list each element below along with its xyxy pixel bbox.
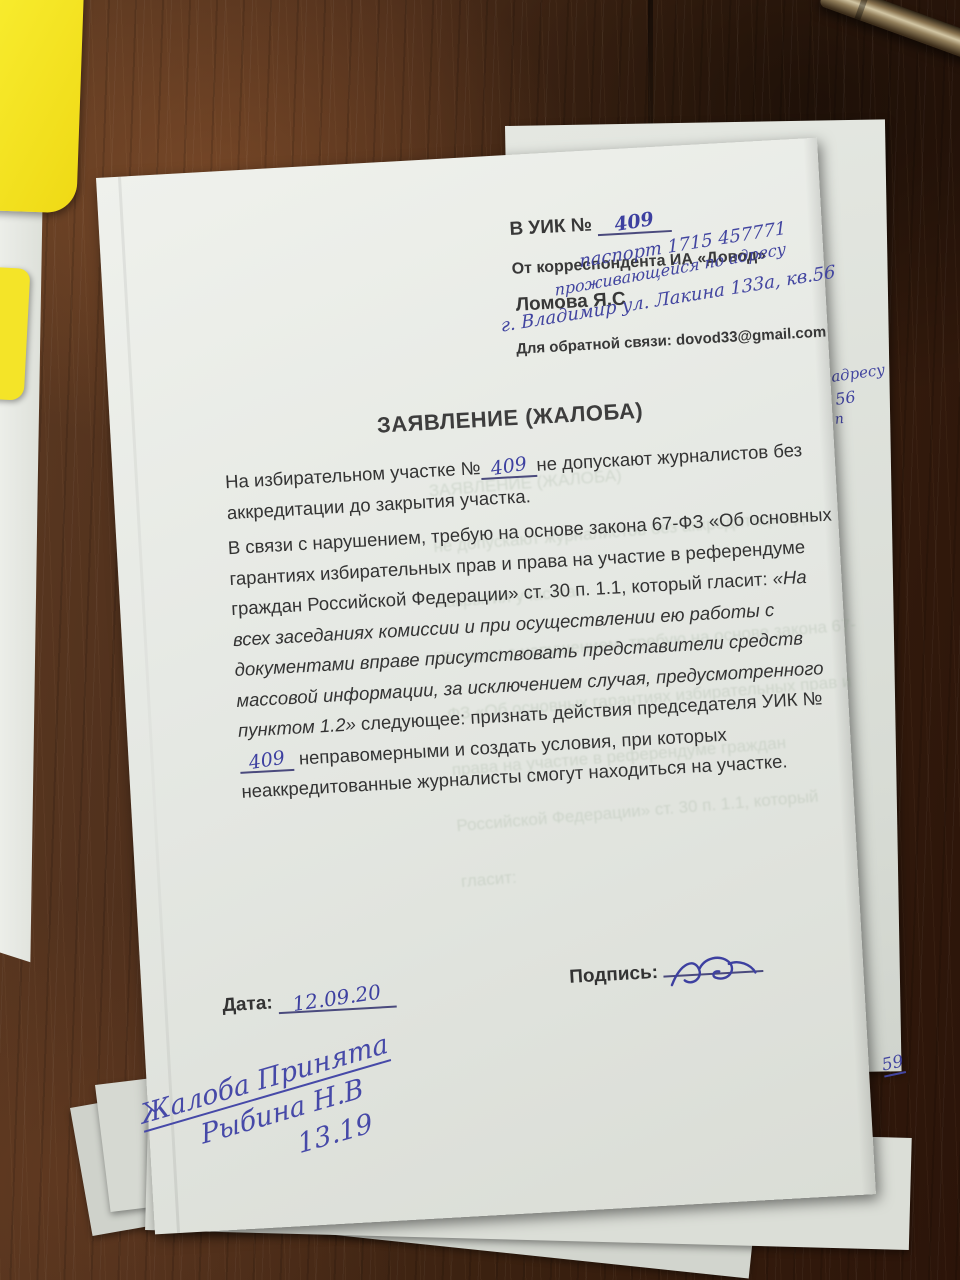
addressee-label: В УИК № xyxy=(509,214,593,240)
uik-number-blank: 409 xyxy=(480,456,537,480)
paragraph-2: В связи с нарушением, требую на основе з… xyxy=(227,499,853,807)
date-blank: 12.09.20 xyxy=(277,985,396,1015)
date-line: Дата: 12.09.20 xyxy=(222,985,397,1018)
date-label: Дата: xyxy=(222,992,273,1016)
uik-number-blank: 409 xyxy=(239,749,294,773)
yellow-folder xyxy=(0,0,84,213)
complaint-document: ЗАЯВЛЕНИЕ (ЖАЛОБА) не допускают журналис… xyxy=(96,138,876,1235)
uik-number-handwritten: 409 xyxy=(247,748,286,773)
under-sheet-handwriting-fragment: п xyxy=(834,411,845,428)
signature-ink xyxy=(666,950,760,995)
signature-blank xyxy=(663,970,763,978)
uik-number-handwritten: 409 xyxy=(489,455,528,480)
photo-scene: 771 6 адресу 56 п 59 ЗАЯВЛЕНИЕ (ЖАЛОБА) … xyxy=(0,0,960,1280)
signature-label: Подпись: xyxy=(569,962,659,988)
date-handwritten: 12.09.20 xyxy=(291,982,382,1014)
under-sheet-handwriting-fragment: 59 xyxy=(880,1052,906,1078)
paragraph-1-text: На избирательном участке № xyxy=(225,457,481,492)
uik-number-handwritten: 409 xyxy=(613,210,655,235)
addressee-line: В УИК № 409 xyxy=(509,210,672,241)
document-title: ЗАЯВЛЕНИЕ (ЖАЛОБА) xyxy=(220,389,801,447)
contact-line: Для обратной связи: dovod33@gmail.com xyxy=(516,323,827,357)
acceptance-note: Жалоба Принята Рыбина Н.В 13.19 xyxy=(138,1026,404,1204)
under-sheet-handwriting-fragment: 56 xyxy=(834,387,857,409)
signature-line: Подпись: xyxy=(569,956,764,989)
addressee-number-blank: 409 xyxy=(597,211,672,236)
